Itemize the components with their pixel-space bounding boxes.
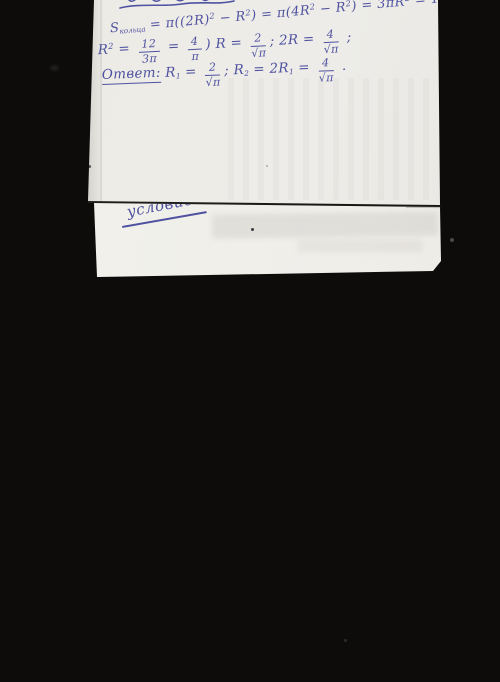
ink-dot [251, 228, 254, 231]
scanned-photo: условие. Sкольца = π((2R)2 − R2) = π(4R2… [0, 0, 500, 682]
scan-smudge [50, 65, 59, 71]
ink-dot [88, 165, 91, 168]
scan-speck [450, 238, 454, 242]
cropped-heading-stroke [118, 0, 238, 10]
paper-crease [100, 0, 102, 201]
scan-speck [344, 639, 347, 642]
solution-sheet: Sкольца = π((2R)2 − R2) = π(4R2 − R2) = … [0, 0, 500, 682]
ink-bleed-through [298, 240, 422, 252]
paper-speck [266, 165, 268, 167]
ink-bleed-through [212, 211, 438, 238]
scan-texture [228, 78, 436, 200]
